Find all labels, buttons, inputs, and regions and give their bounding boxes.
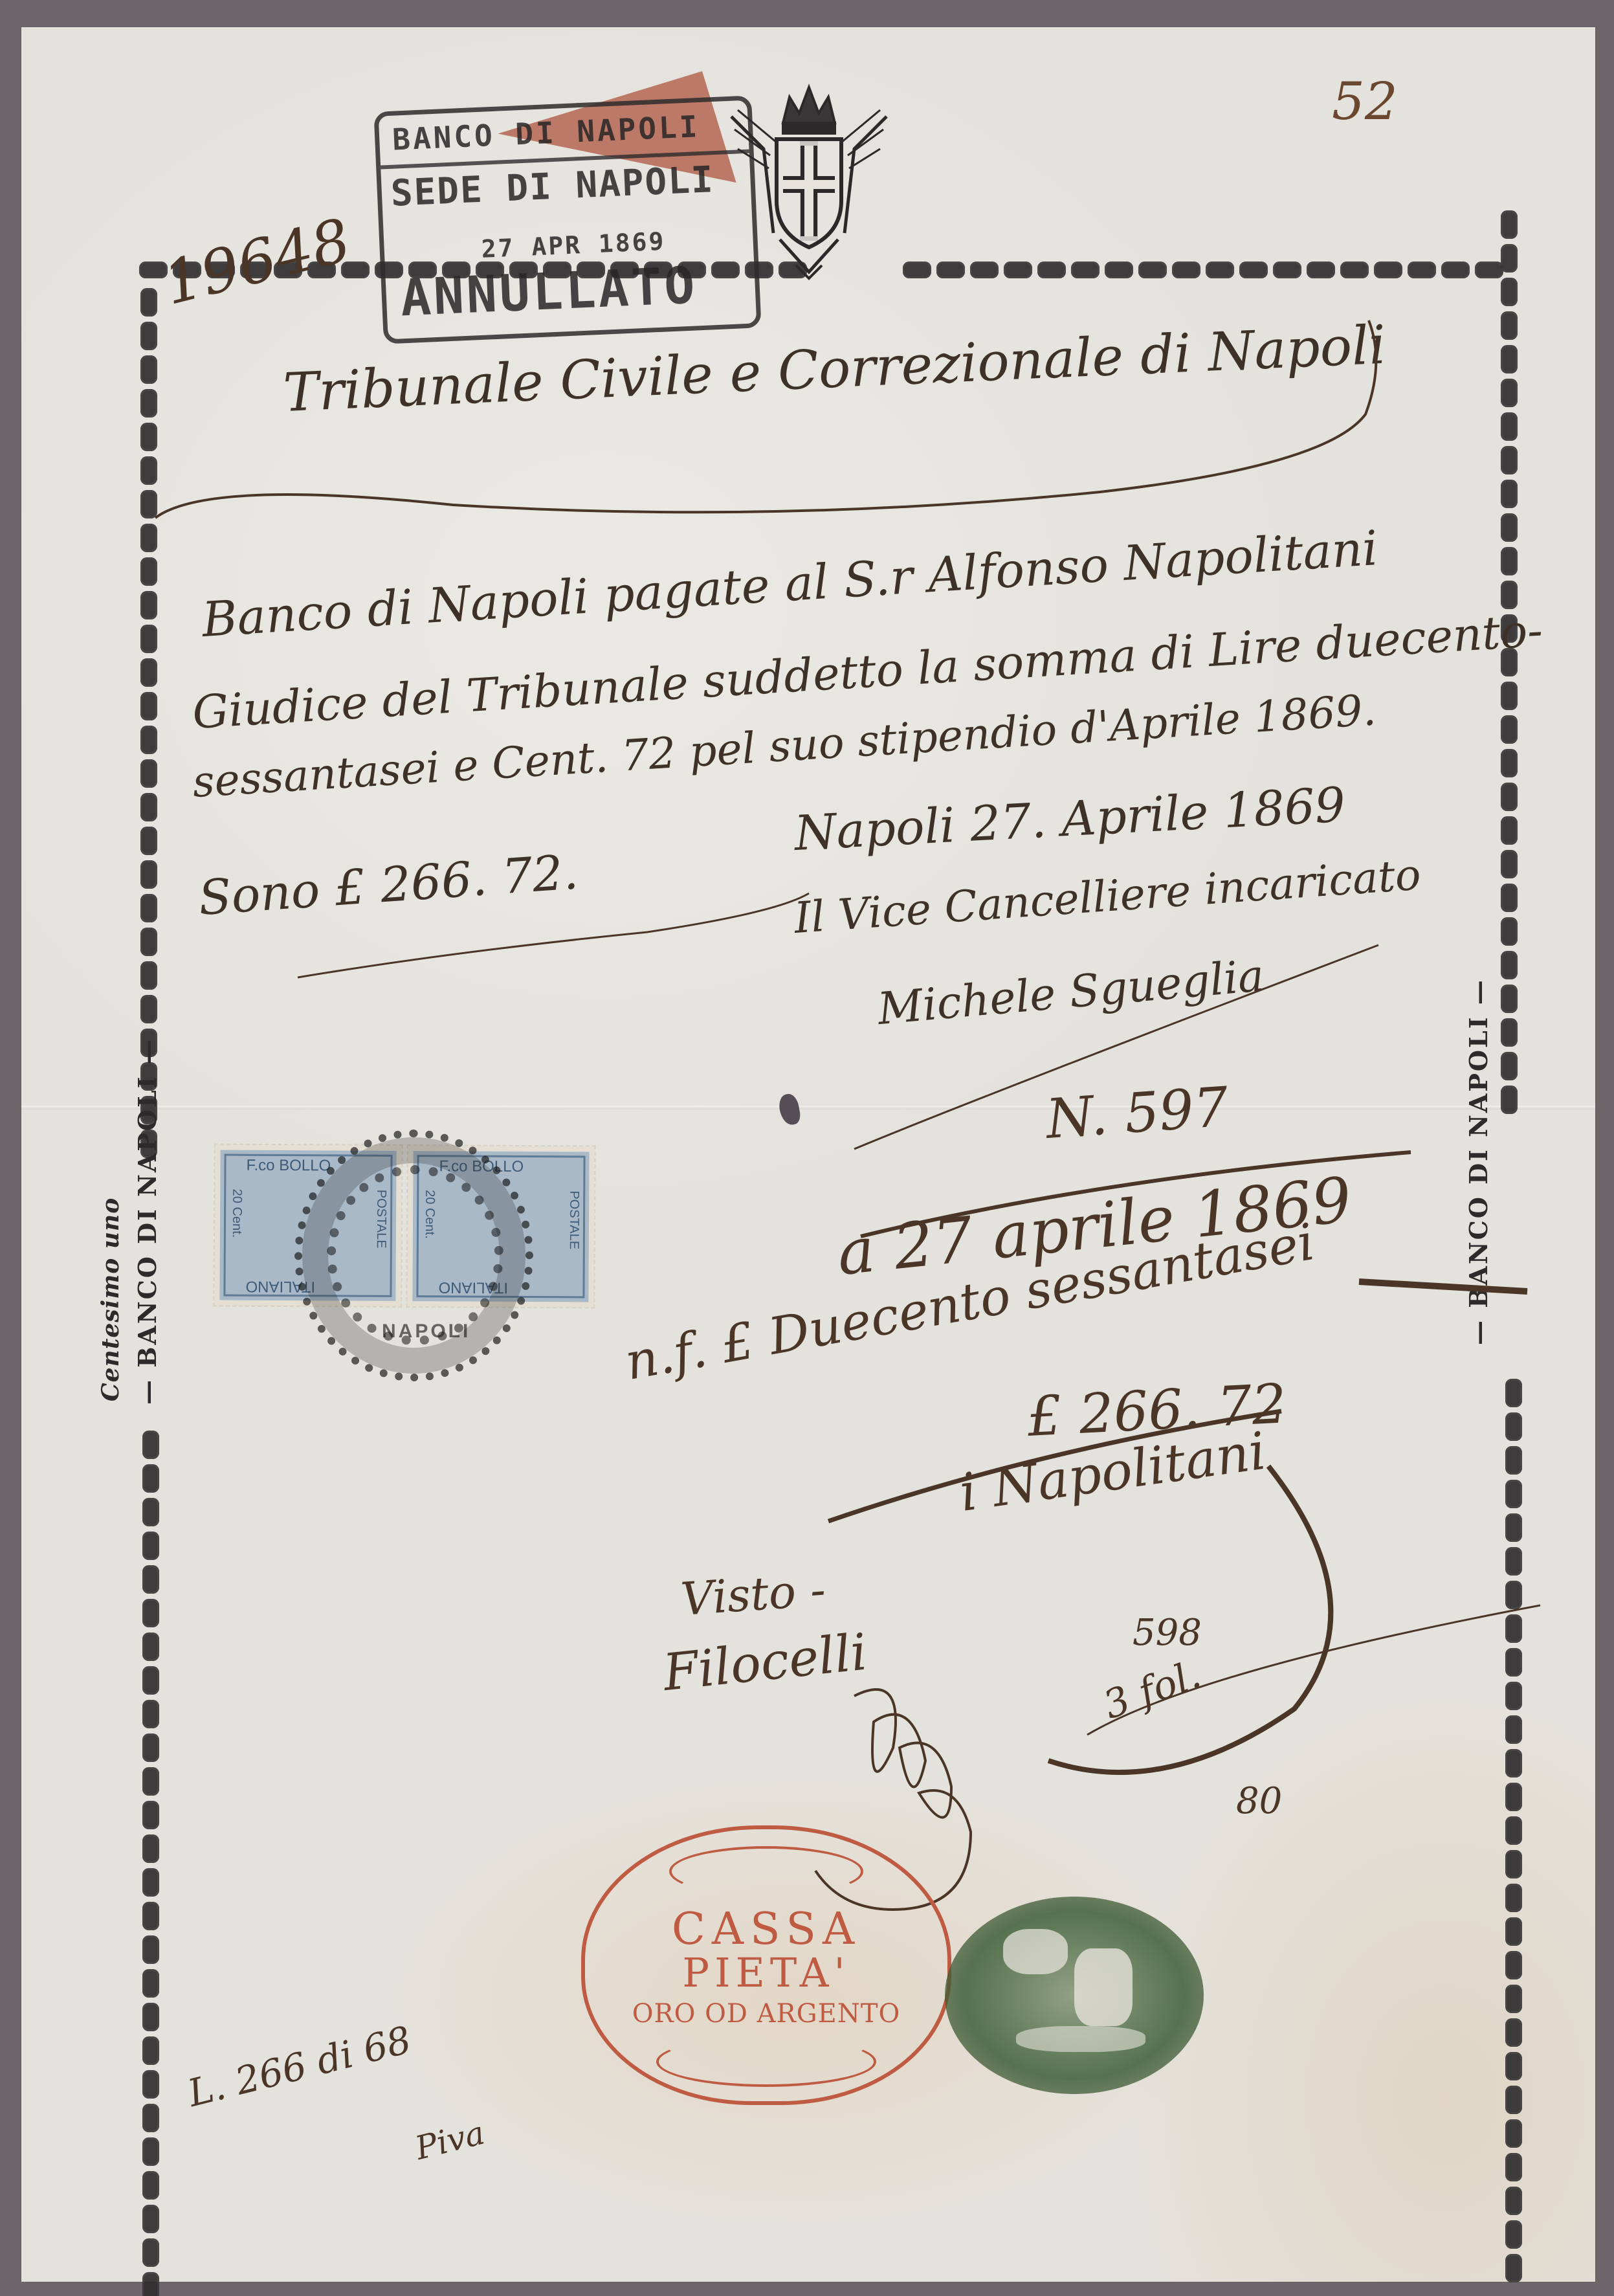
border-left-upper	[138, 288, 160, 1158]
border-right-lower	[1503, 1379, 1525, 2282]
postmark-town: NAPOLI	[382, 1321, 470, 1343]
stamp-date: 27 APR 1869	[481, 227, 666, 263]
savoy-coat-of-arms-icon	[718, 78, 900, 285]
green-handstamp	[945, 1897, 1204, 2094]
stamp-line-branch: SEDE DI NAPOLI	[390, 159, 715, 215]
seal-ornament-top	[669, 1846, 863, 1897]
stamp-status: ANNULLATO	[399, 256, 698, 328]
right-bank-label: — BANCO DI NAPOLI —	[1464, 978, 1493, 1345]
page-number: 52	[1332, 71, 1398, 131]
left-bank-label: — BANCO DI NAPOLI —	[133, 1038, 162, 1405]
side-note-80: 80	[1236, 1780, 1282, 1822]
seal-ornament-bottom	[656, 2036, 876, 2087]
fold-crease	[21, 1106, 1595, 1109]
border-right-upper	[1498, 210, 1520, 1114]
cassa-pieta-seal: CASSA PIETA' ORO OD ARGENTO	[581, 1825, 951, 2105]
postmark-inner	[327, 1165, 503, 1345]
annullato-cancel-stamp: BANCO DI NAPOLI SEDE DI NAPOLI 27 APR 18…	[373, 95, 761, 344]
stamp-line-bank: BANCO DI NAPOLI	[392, 109, 700, 157]
registry-number: N. 597	[1044, 1075, 1230, 1151]
side-number: 598	[1133, 1612, 1202, 1654]
visto-label: Visto -	[679, 1563, 827, 1626]
border-left-lower	[140, 1431, 162, 2296]
border-top-right	[903, 259, 1503, 281]
left-denomination-label: Centesimo uno	[97, 1198, 124, 1401]
